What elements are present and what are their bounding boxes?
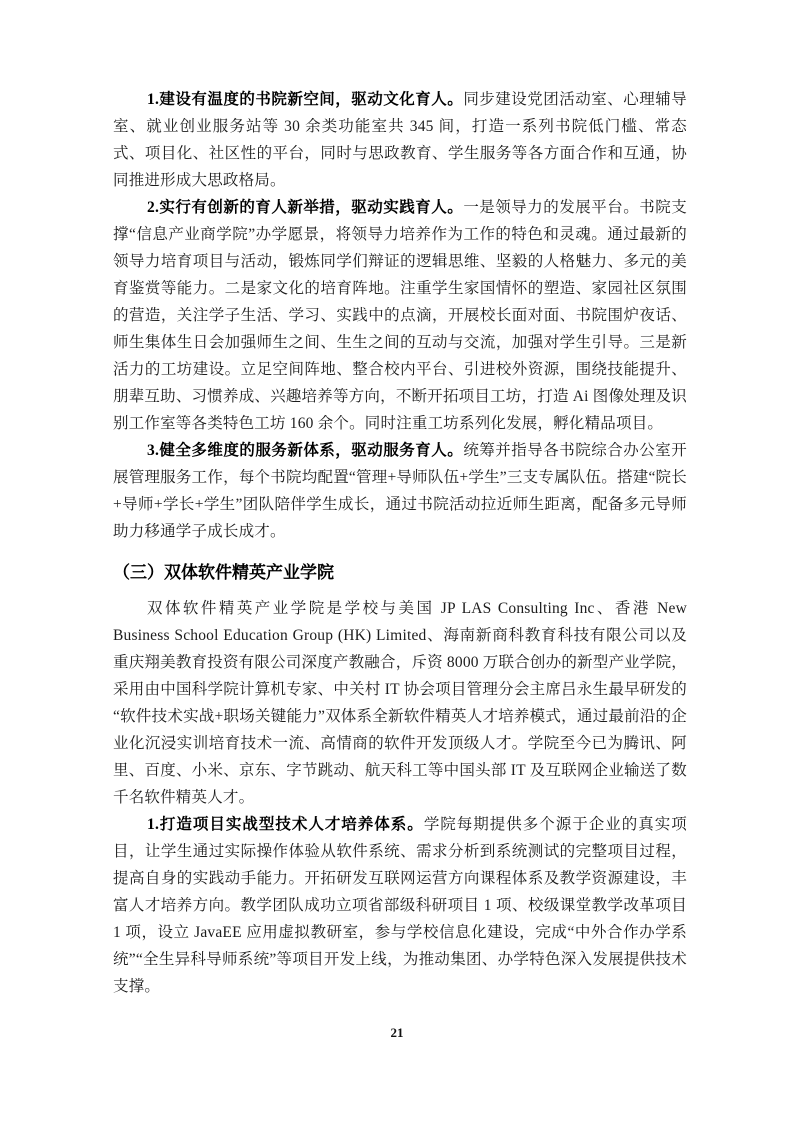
page-number: 21 [391, 1025, 404, 1040]
paragraph-2-lead: 2.实行有创新的育人新举措，驱动实践育人。 [147, 199, 463, 216]
paragraph-5: 1.打造项目实战型技术人才培养体系。学院每期提供多个源于企业的真实项目，让学生通… [113, 811, 687, 1000]
paragraph-5-lead: 1.打造项目实战型技术人才培养体系。 [147, 816, 424, 833]
paragraph-2: 2.实行有创新的育人新举措，驱动实践育人。一是领导力的发展平台。书院支撑“信息产… [113, 194, 687, 437]
document-page: 1.建设有温度的书院新空间，驱动文化育人。同步建设党团活动室、心理辅导室、就业创… [0, 0, 794, 1123]
section-heading: （三）双体软件精英产业学院 [113, 558, 687, 588]
paragraph-4: 双体软件精英产业学院是学校与美国 JP LAS Consulting Inc、香… [113, 595, 687, 811]
paragraph-1: 1.建设有温度的书院新空间，驱动文化育人。同步建设党团活动室、心理辅导室、就业创… [113, 86, 687, 194]
paragraph-4-text: 双体软件精英产业学院是学校与美国 JP LAS Consulting Inc、香… [113, 600, 687, 806]
paragraph-3-lead: 3.健全多维度的服务新体系，驱动服务育人。 [147, 442, 463, 459]
page-body: 1.建设有温度的书院新空间，驱动文化育人。同步建设党团活动室、心理辅导室、就业创… [113, 86, 687, 1000]
paragraph-2-text: 一是领导力的发展平台。书院支撑“信息产业商学院”办学愿景，将领导力培养作为工作的… [113, 199, 687, 432]
page-footer: 21 [0, 1024, 794, 1042]
paragraph-5-text: 学院每期提供多个源于企业的真实项目，让学生通过实际操作体验从软件系统、需求分析到… [113, 816, 687, 995]
paragraph-3: 3.健全多维度的服务新体系，驱动服务育人。统筹并指导各书院综合办公室开展管理服务… [113, 437, 687, 545]
paragraph-1-lead: 1.建设有温度的书院新空间，驱动文化育人。 [147, 91, 463, 108]
